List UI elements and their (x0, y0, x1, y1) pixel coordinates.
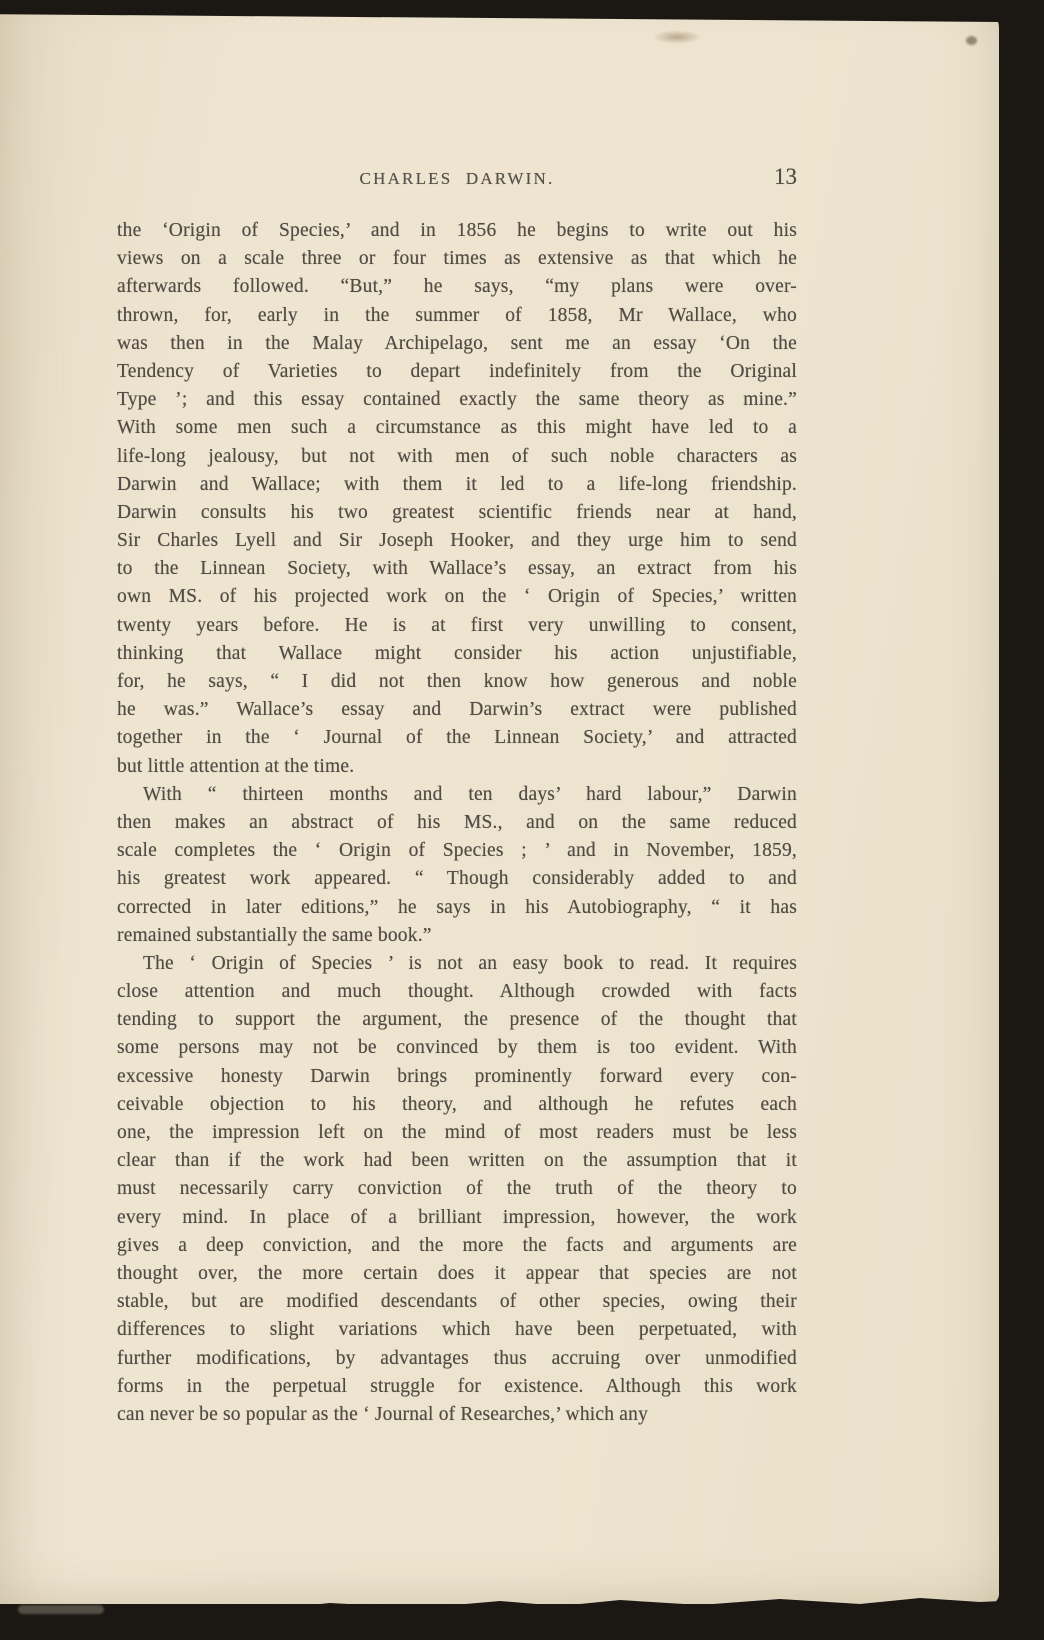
text-line: thrown, for, early in the summer of 1858… (117, 302, 797, 330)
text-line: was then in the Malay Archipelago, sent … (117, 330, 797, 358)
text-line: gives a deep conviction, and the more th… (117, 1232, 797, 1260)
text-line: forms in the perpetual struggle for exis… (117, 1373, 797, 1401)
text-line: corrected in later editions,” he says in… (117, 894, 797, 922)
text-line: every mind. In place of a brilliant impr… (117, 1204, 797, 1232)
text-line: but little attention at the time. (117, 753, 797, 781)
page-number: 13 (774, 164, 797, 190)
text-line: Darwin consults his two greatest scienti… (117, 499, 797, 527)
text-line: stable, but are modified descendants of … (117, 1288, 797, 1316)
text-line: Darwin and Wallace; with them it led to … (117, 471, 797, 499)
text-line: further modifications, by advantages thu… (117, 1345, 797, 1373)
text-line: he was.” Wallace’s essay and Darwin’s ex… (117, 696, 797, 724)
text-line: scale completes the ‘ Origin of Species … (117, 837, 797, 865)
scan-edge-gray-patch (18, 1605, 104, 1614)
text-line: tending to support the argument, the pre… (117, 1006, 797, 1034)
text-line: for, he says, “ I did not then know how … (117, 668, 797, 696)
text-line: close attention and much thought. Althou… (117, 978, 797, 1006)
text-line: one, the impression left on the mind of … (117, 1119, 797, 1147)
body-text: the ‘Origin of Species,’ and in 1856 he … (117, 217, 797, 1429)
text-line: then makes an abstract of his MS., and o… (117, 809, 797, 837)
text-line: excessive honesty Darwin brings prominen… (117, 1063, 797, 1091)
text-line: With “ thirteen months and ten days’ har… (117, 781, 797, 809)
text-line: together in the ‘ Journal of the Linnean… (117, 724, 797, 752)
page-header: CHARLES DARWIN. 13 (117, 164, 797, 194)
text-line: to the Linnean Society, with Wallace’s e… (117, 555, 797, 583)
text-line: thought over, the more certain does it a… (117, 1260, 797, 1288)
scan-stain (652, 30, 702, 44)
text-line: the ‘Origin of Species,’ and in 1856 he … (117, 217, 797, 245)
text-line: Sir Charles Lyell and Sir Joseph Hooker,… (117, 527, 797, 555)
book-page: CHARLES DARWIN. 13 the ‘Origin of Specie… (0, 6, 999, 1604)
text-line: must necessarily carry conviction of the… (117, 1175, 797, 1203)
scan-background: CHARLES DARWIN. 13 the ‘Origin of Specie… (0, 0, 1044, 1640)
text-line: thinking that Wallace might consider his… (117, 640, 797, 668)
text-line: life-long jealousy, but not with men of … (117, 443, 797, 471)
text-line: Tendency of Varieties to depart indefini… (117, 358, 797, 386)
scan-stain (966, 36, 977, 45)
text-line: own MS. of his projected work on the ‘ O… (117, 583, 797, 611)
text-line: clear than if the work had been written … (117, 1147, 797, 1175)
running-head: CHARLES DARWIN. (117, 169, 797, 189)
text-line: With some men such a circumstance as thi… (117, 414, 797, 442)
text-line: The ‘ Origin of Species ’ is not an easy… (117, 950, 797, 978)
text-line: his greatest work appeared. “ Though con… (117, 865, 797, 893)
text-line: remained substantially the same book.” (117, 922, 797, 950)
text-line: can never be so popular as the ‘ Journal… (117, 1401, 797, 1429)
text-line: differences to slight variations which h… (117, 1316, 797, 1344)
text-line: afterwards followed. “But,” he says, “my… (117, 273, 797, 301)
text-line: twenty years before. He is at first very… (117, 612, 797, 640)
text-line: views on a scale three or four times as … (117, 245, 797, 273)
text-line: some persons may not be convinced by the… (117, 1034, 797, 1062)
text-line: ceivable objection to his theory, and al… (117, 1091, 797, 1119)
text-line: Type ’; and this essay contained exactly… (117, 386, 797, 414)
